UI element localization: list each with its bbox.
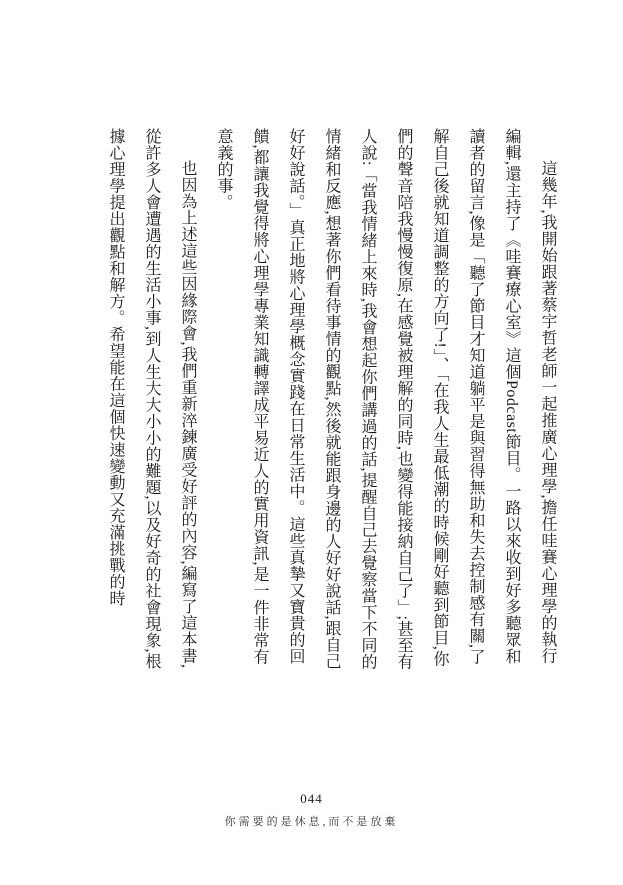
body-text: 這幾年,我開始跟著蔡宇哲老師一起推廣心理學,擔任哇賽心理學的執行編輯,還主持了《… — [97, 128, 565, 674]
paragraph-1: 這幾年,我開始跟著蔡宇哲老師一起推廣心理學,擔任哇賽心理學的執行編輯,還主持了《… — [205, 128, 565, 674]
page-footer: 044 你需要的是休息,而不是放棄 — [0, 791, 623, 829]
page-number: 044 — [0, 791, 623, 807]
book-page: 這幾年,我開始跟著蔡宇哲老師一起推廣心理學,擔任哇賽心理學的執行編輯,還主持了《… — [0, 0, 623, 885]
footer-book-title: 你需要的是休息,而不是放棄 — [0, 813, 623, 829]
paragraph-2: 也因為上述這些因緣際會,我們重新淬鍊廣受好評的內容,編寫了這本書,從許多人會遭遇… — [97, 128, 205, 674]
